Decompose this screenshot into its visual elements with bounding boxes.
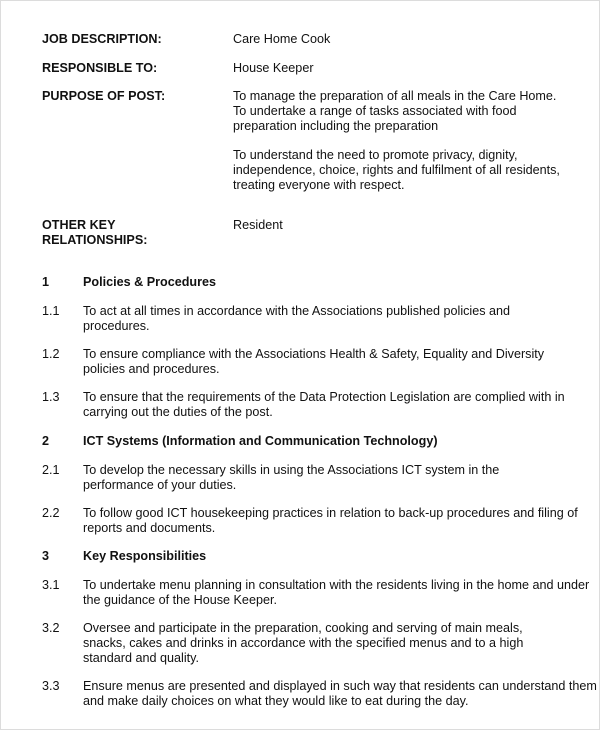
purpose-paragraph: To understand the need to promote privac… <box>233 148 568 193</box>
job-description-value: Care Home Cook <box>233 32 573 47</box>
item-number: 1.2 <box>42 347 60 362</box>
item-text: To act at all times in accordance with t… <box>83 304 563 334</box>
responsible-to-value: House Keeper <box>233 61 573 76</box>
item-text: To undertake menu planning in consultati… <box>83 578 598 608</box>
item-number: 3.2 <box>42 621 60 636</box>
item-number: 3.1 <box>42 578 60 593</box>
section-number: 3 <box>42 549 49 564</box>
document-page: JOB DESCRIPTION: Care Home Cook RESPONSI… <box>0 0 600 730</box>
item-text: To ensure that the requirements of the D… <box>83 390 600 420</box>
section-number: 2 <box>42 434 49 449</box>
other-key-relationships-value: Resident <box>233 218 573 233</box>
item-number: 2.1 <box>42 463 60 478</box>
job-description-label: JOB DESCRIPTION: <box>42 32 222 47</box>
section-number: 1 <box>42 275 49 290</box>
other-key-relationships-label: OTHER KEY RELATIONSHIPS: <box>42 218 172 248</box>
item-number: 3.3 <box>42 679 60 694</box>
section-title: Key Responsibilities <box>83 549 598 564</box>
purpose-of-post-label: PURPOSE OF POST: <box>42 89 222 104</box>
purpose-paragraph: To manage the preparation of all meals i… <box>233 89 568 134</box>
section-title: Policies & Procedures <box>83 275 598 290</box>
item-number: 2.2 <box>42 506 60 521</box>
item-number: 1.1 <box>42 304 60 319</box>
responsible-to-label: RESPONSIBLE TO: <box>42 61 222 76</box>
item-text: To develop the necessary skills in using… <box>83 463 513 493</box>
purpose-of-post-value: To manage the preparation of all meals i… <box>233 89 568 193</box>
item-text: To ensure compliance with the Associatio… <box>83 347 563 377</box>
item-number: 1.3 <box>42 390 60 405</box>
item-text: To follow good ICT housekeeping practice… <box>83 506 600 536</box>
section-title: ICT Systems (Information and Communicati… <box>83 434 598 449</box>
item-text: Ensure menus are presented and displayed… <box>83 679 600 709</box>
item-text: Oversee and participate in the preparati… <box>83 621 558 666</box>
